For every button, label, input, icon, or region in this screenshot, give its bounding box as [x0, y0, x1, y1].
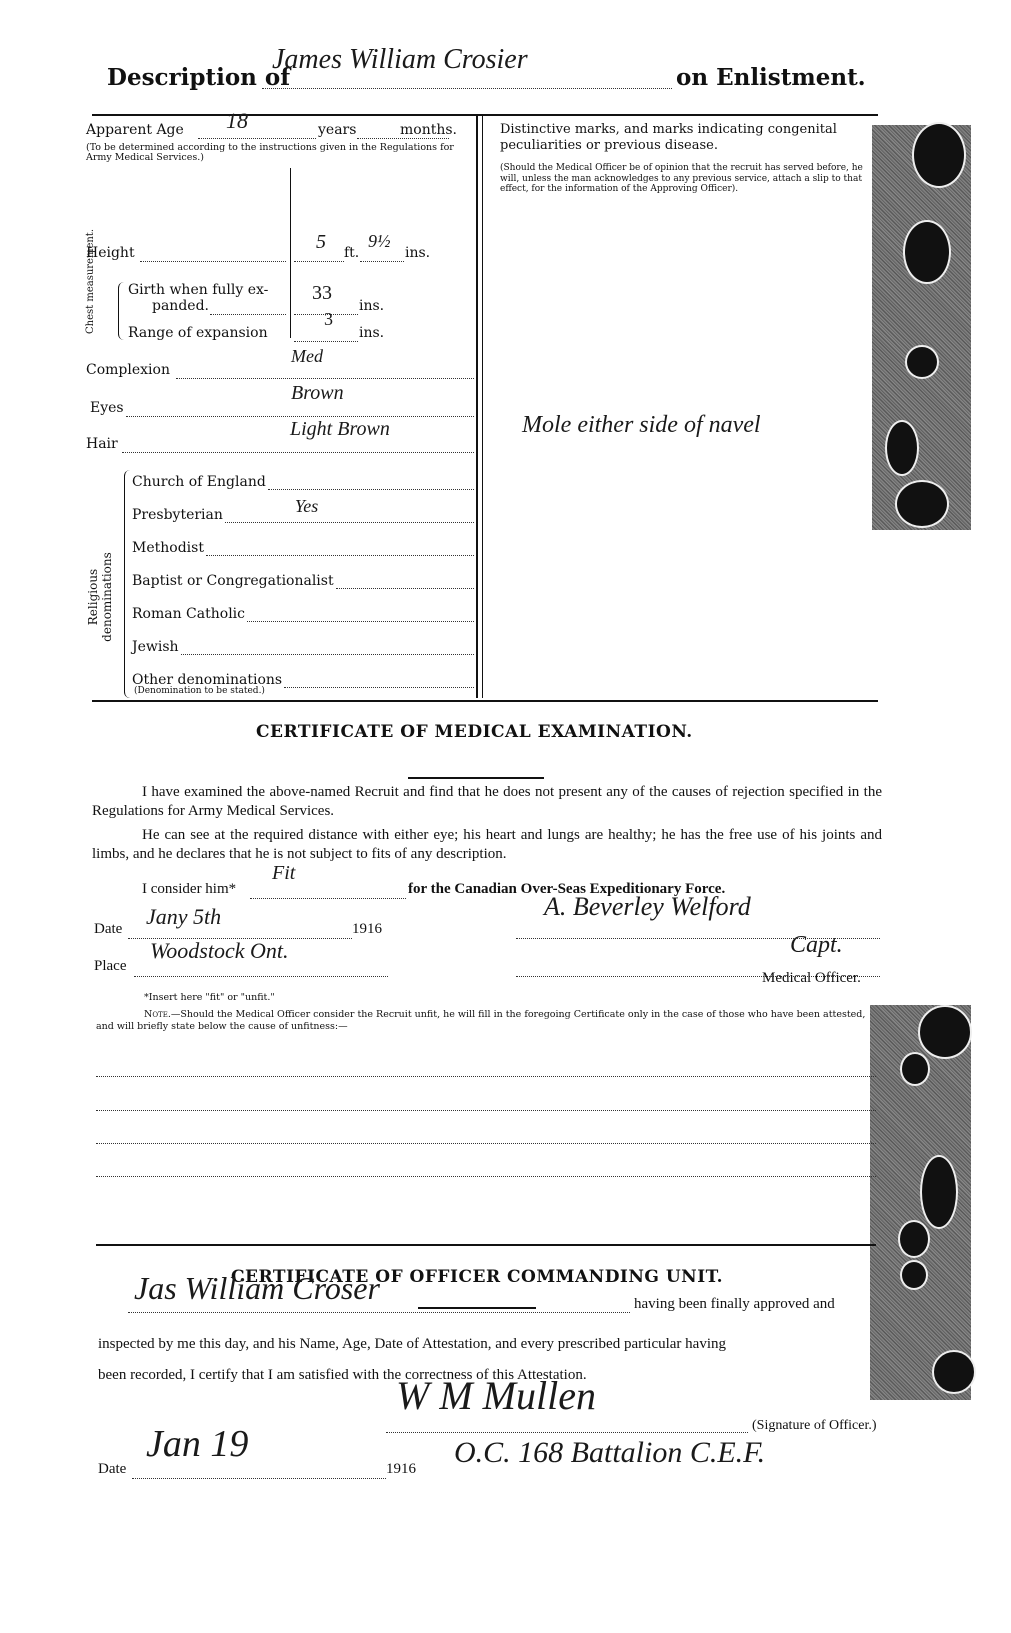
religion-brace [124, 470, 131, 698]
religion-row: Jewish [132, 635, 474, 655]
med-date-value: Jany 5th [146, 904, 221, 930]
ins-label: ins. [405, 245, 430, 261]
complexion-label: Complexion [86, 362, 170, 378]
height-label-dots [140, 245, 286, 262]
value-column-divider [290, 168, 291, 338]
officer-signature-field: W M Mullen [386, 1416, 748, 1433]
other-denomination-note: (Denomination to be stated.) [134, 686, 265, 696]
religion-value-field [247, 609, 474, 622]
unfitness-line [96, 1098, 876, 1111]
punch-hole [918, 1005, 972, 1059]
title-suffix: on Enlistment. [676, 64, 866, 91]
punch-hole [900, 1052, 930, 1086]
complexion-value: Med [291, 346, 323, 367]
medical-officer-label: Medical Officer. [762, 970, 861, 987]
med-date-field: Jany 5th [128, 922, 352, 939]
religion-label: Church of England [132, 474, 266, 490]
religion-row: Roman Catholic [132, 602, 474, 622]
punch-hole [885, 420, 919, 476]
top-rule [92, 114, 878, 116]
unfit-note: Note.—Should the Medical Officer conside… [96, 1009, 876, 1033]
hair-value: Light Brown [290, 418, 390, 441]
punch-hole [903, 220, 951, 284]
section-rule-1 [92, 700, 878, 702]
punch-hole [912, 122, 966, 188]
height-ins-value: 9½ [368, 231, 391, 252]
age-note: (To be determined according to the instr… [86, 143, 476, 163]
complexion-field: Med [176, 362, 474, 379]
co-date-value: Jan 19 [146, 1422, 248, 1466]
height-ft-field: 5 [294, 245, 344, 262]
religion-value: Yes [295, 496, 318, 517]
punch-hole [932, 1350, 976, 1394]
hair-label: Hair [86, 436, 118, 452]
recruit-signature: Jas William Croser [134, 1270, 380, 1307]
officer-signature: W M Mullen [396, 1372, 596, 1419]
section-rule-2 [96, 1244, 876, 1246]
medical-para-1: I have examined the above-named Recruit … [92, 783, 882, 821]
hair-field: Light Brown [122, 436, 474, 453]
height-ins-field: 9½ [360, 245, 404, 262]
marks-value: Mole either side of navel [522, 412, 761, 439]
punch-hole [898, 1220, 930, 1258]
religion-label: Presbyterian [132, 507, 223, 523]
religion-row: Methodist [132, 536, 474, 556]
girth-value: 33 [312, 282, 332, 305]
medical-para-2: He can see at the required distance with… [92, 826, 882, 864]
eyes-label: Eyes [90, 400, 124, 416]
eyes-field: Brown [126, 400, 474, 417]
years-label: years [318, 122, 356, 138]
religion-value-field [268, 477, 474, 490]
religion-value-field [284, 675, 474, 688]
co-date-label: Date [98, 1461, 126, 1478]
approval-line-1: having been finally approved and [634, 1296, 835, 1313]
fit-footnote: *Insert here "fit" or "unfit." [144, 992, 275, 1003]
ft-label: ft. [344, 245, 359, 261]
unfitness-line [96, 1131, 876, 1144]
religion-group-label: Religious denominations [86, 542, 114, 652]
religion-row: Baptist or Congregationalist [132, 569, 474, 589]
religion-label: Jewish [132, 639, 179, 655]
med-date-label: Date [94, 921, 122, 938]
marks-title: Distinctive marks, and marks indicating … [500, 122, 880, 154]
column-divider [476, 114, 478, 698]
range-label: Range of expansion [128, 325, 268, 341]
recruit-signature-field: Jas William Croser [128, 1296, 630, 1313]
co-date-field: Jan 19 [132, 1462, 386, 1479]
religion-value-field [206, 543, 474, 556]
girth-label-1: Girth when fully ex- [128, 282, 268, 298]
column-divider-inner [482, 114, 483, 698]
medical-certificate-title: CERTIFICATE OF MEDICAL EXAMINATION. [256, 722, 693, 742]
recruit-name-field: James William Crosier [262, 58, 672, 89]
religion-row: Other denominations [132, 668, 474, 688]
girth-unit: ins. [359, 298, 384, 314]
religion-row: Church of England [132, 470, 474, 490]
punch-hole [900, 1260, 928, 1290]
punch-hole [920, 1155, 958, 1229]
recruit-name-value: James William Crosier [272, 44, 528, 76]
religion-label: Roman Catholic [132, 606, 245, 622]
approval-line-2: inspected by me this day, and his Name, … [98, 1336, 726, 1353]
scan-edge-top [872, 125, 971, 530]
place-label: Place [94, 958, 126, 975]
medical-officer-signature: A. Beverley Welford [544, 892, 751, 922]
age-years-value: 18 [226, 108, 248, 134]
range-field: 3 [294, 325, 358, 342]
marks-note: (Should the Medical Officer be of opinio… [500, 163, 876, 195]
religion-label: Baptist or Congregationalist [132, 573, 334, 589]
unfitness-line [96, 1064, 876, 1077]
punch-hole [905, 345, 939, 379]
co-date-year: 1916 [386, 1461, 416, 1478]
place-field: Woodstock Ont. [134, 960, 388, 977]
religion-value-field [181, 642, 474, 655]
religion-label: Methodist [132, 540, 204, 556]
punch-hole [895, 480, 949, 528]
fitness-field: Fit [250, 882, 406, 899]
medical-officer-rank: Capt. [790, 932, 843, 959]
range-unit: ins. [359, 325, 384, 341]
girth-label-2: panded. [152, 298, 209, 314]
title-ornament-rule [408, 777, 544, 779]
consider-label: I consider him* [142, 881, 236, 898]
place-value: Woodstock Ont. [150, 938, 289, 964]
chest-brace [118, 282, 125, 340]
eyes-value: Brown [291, 382, 344, 405]
months-label: months. [400, 122, 457, 138]
girth-label-dots [210, 298, 286, 315]
signature-label: (Signature of Officer.) [752, 1418, 877, 1434]
religion-value-field [336, 576, 474, 589]
age-years-field: 18 [198, 122, 316, 139]
religion-value-field: Yes [225, 510, 474, 523]
religion-row: PresbyterianYes [132, 503, 474, 523]
chest-group-label: Chest measurement. [86, 274, 96, 334]
med-date-year: 1916 [352, 921, 382, 938]
height-ft-value: 5 [316, 231, 326, 254]
fitness-value: Fit [272, 862, 295, 885]
apparent-age-row: Apparent Age [86, 122, 184, 138]
range-value: 3 [324, 309, 333, 330]
unfitness-line [96, 1164, 876, 1177]
unit-value: O.C. 168 Battalion C.E.F. [454, 1436, 765, 1470]
